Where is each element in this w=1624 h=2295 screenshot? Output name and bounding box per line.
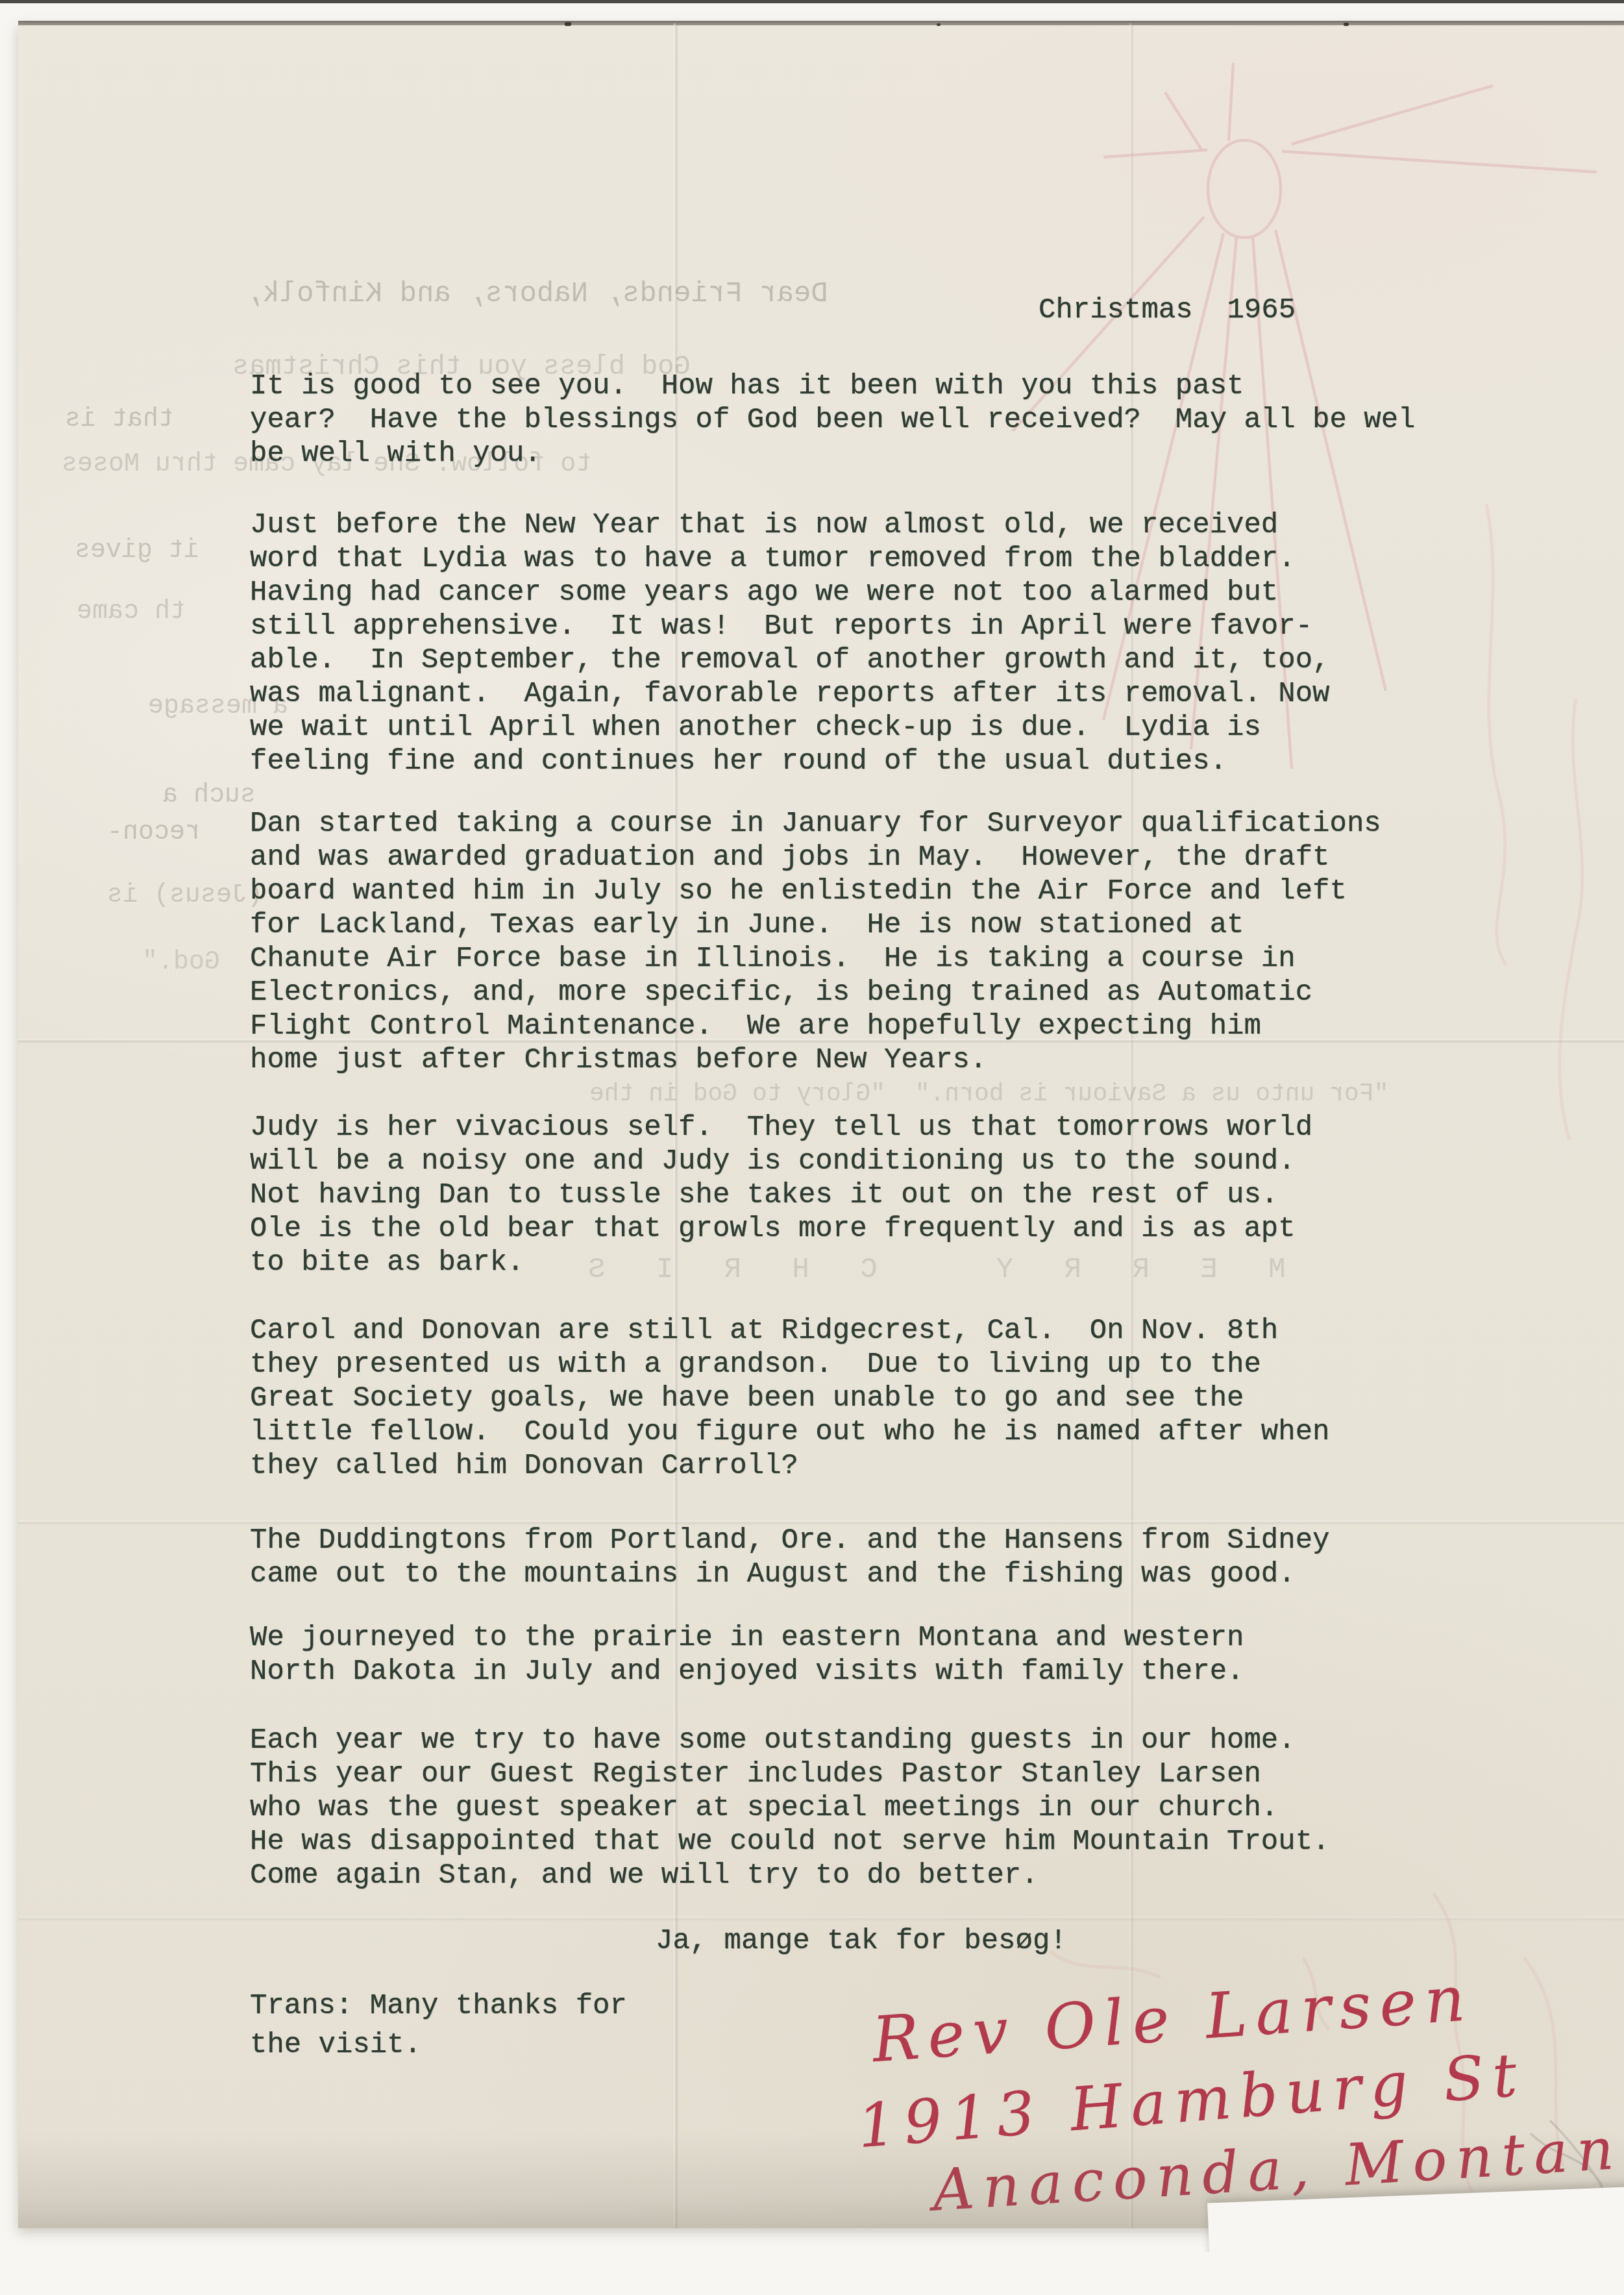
letter-line: Judy is her vivacious self. They tell us… (250, 1111, 1312, 1145)
bleedthrough-text-fragment: th came (77, 597, 186, 626)
bleedthrough-text-fragment: God." (142, 948, 220, 977)
letter-line: to bite as bark. (250, 1246, 1312, 1280)
letter-line: home just after Christmas before New Yea… (250, 1043, 1381, 1077)
letter-line: Carol and Donovan are still at Ridgecres… (250, 1314, 1329, 1348)
bleedthrough-text-fragment: Dear Friends, Nabors, and Kinfolk, (245, 278, 828, 310)
letter-line: The Duddingtons from Portland, Ore. and … (250, 1524, 1329, 1557)
letter-line: was malignant. Again, favorable reports … (250, 677, 1329, 711)
letter-line: still apprehensive. It was! But reports … (250, 610, 1329, 643)
letter-paragraph-7: We journeyed to the prairie in eastern M… (250, 1621, 1244, 1689)
letter-line: Chanute Air Force base in Illinois. He i… (250, 942, 1381, 976)
scanner-top-edge (0, 0, 1624, 3)
letter-line: came out to the mountains in August and … (250, 1557, 1329, 1591)
letter-line: little fellow. Could you figure out who … (250, 1415, 1329, 1449)
letter-line: and was awarded graduation and jobs in M… (250, 841, 1381, 875)
letter-line: Dan started taking a course in January f… (250, 807, 1381, 841)
letter-line: Just before the New Year that is now alm… (250, 508, 1329, 542)
letter-line: for Lackland, Texas early in June. He is… (250, 908, 1381, 942)
scanner-bottom-margin (0, 2252, 1624, 2295)
letter-line: word that Lydia was to have a tumor remo… (250, 542, 1329, 576)
letter-line: who was the guest speaker at special mee… (250, 1791, 1329, 1825)
letter-line: We journeyed to the prairie in eastern M… (250, 1621, 1244, 1655)
letter-line: Ole is the old bear that growls more fre… (250, 1212, 1312, 1246)
letter-line: feeling fine and continues her round of … (250, 745, 1329, 778)
letter-paper: Dear Friends, Nabors, and Kinfolk,God bl… (18, 23, 1624, 2228)
letter-line: Great Society goals, we have been unable… (250, 1382, 1329, 1415)
letter-line: Come again Stan, and we will try to do b… (250, 1859, 1329, 1892)
scanned-letter-screenshot: { "document": { "kind": "Typewritten Chr… (0, 0, 1624, 2295)
letter-line: North Dakota in July and enjoyed visits … (250, 1655, 1244, 1689)
letter-line: board wanted him in July so he enlistedi… (250, 875, 1381, 908)
letter-line: year? Have the blessings of God been wel… (250, 403, 1416, 437)
paper-top-edge-shadow (18, 21, 1624, 25)
scan-speck (1344, 23, 1349, 26)
bleedthrough-text-fragment: such a (162, 781, 256, 810)
scan-speck (937, 23, 941, 26)
translation-note-line: the visit. (250, 2028, 421, 2062)
letter-paragraph-3: Dan started taking a course in January f… (250, 807, 1381, 1077)
letter-line: He was disappointed that we could not se… (250, 1825, 1329, 1859)
translation-note-line: Trans: Many thanks for (250, 1989, 627, 2023)
letter-date-heading: Christmas 1965 (1039, 293, 1296, 327)
letter-paragraph-2: Just before the New Year that is now alm… (250, 508, 1329, 778)
letter-line: Flight Control Maintenance. We are hopef… (250, 1010, 1381, 1043)
bleedthrough-text-fragment: "For unto us a Saviour is born." "Glory … (589, 1080, 1388, 1108)
letter-line: be well with you. (250, 437, 1416, 471)
letter-paragraph-4: Judy is her vivacious self. They tell us… (250, 1111, 1312, 1280)
letter-paragraph-5: Carol and Donovan are still at Ridgecres… (250, 1314, 1329, 1483)
letter-line: Having had cancer some years ago we were… (250, 576, 1329, 610)
letter-paragraph-8: Each year we try to have some outstandin… (250, 1724, 1329, 1892)
letter-line: they presented us with a grandson. Due t… (250, 1348, 1329, 1382)
letter-paragraph-6: The Duddingtons from Portland, Ore. and … (250, 1524, 1329, 1591)
bleedthrough-text-fragment: that is (65, 405, 174, 434)
closing-phrase-danish: Ja, mange tak for besøg! (656, 1924, 1067, 1958)
bleedthrough-text-fragment: recon- (107, 818, 201, 847)
letter-line: Not having Dan to tussle she takes it ou… (250, 1178, 1312, 1212)
letter-paragraph-1: It is good to see you. How has it been w… (250, 369, 1416, 471)
bleedthrough-text-fragment: (Jesus) is (107, 881, 263, 910)
letter-line: Each year we try to have some outstandin… (250, 1724, 1329, 1757)
letter-line: Electronics, and, more specific, is bein… (250, 976, 1381, 1010)
letter-line: will be a noisy one and Judy is conditio… (250, 1145, 1312, 1178)
scan-speck (565, 22, 571, 26)
letter-line: This year our Guest Register includes Pa… (250, 1757, 1329, 1791)
letter-line: able. In September, the removal of anoth… (250, 643, 1329, 677)
horizontal-fold-crease (18, 1917, 1624, 1921)
letter-line: they called him Donovan Carroll? (250, 1449, 1329, 1483)
letter-line: we wait until April when another check-u… (250, 711, 1329, 745)
letter-line: It is good to see you. How has it been w… (250, 369, 1416, 403)
bleedthrough-text-fragment: it gives (75, 536, 199, 565)
